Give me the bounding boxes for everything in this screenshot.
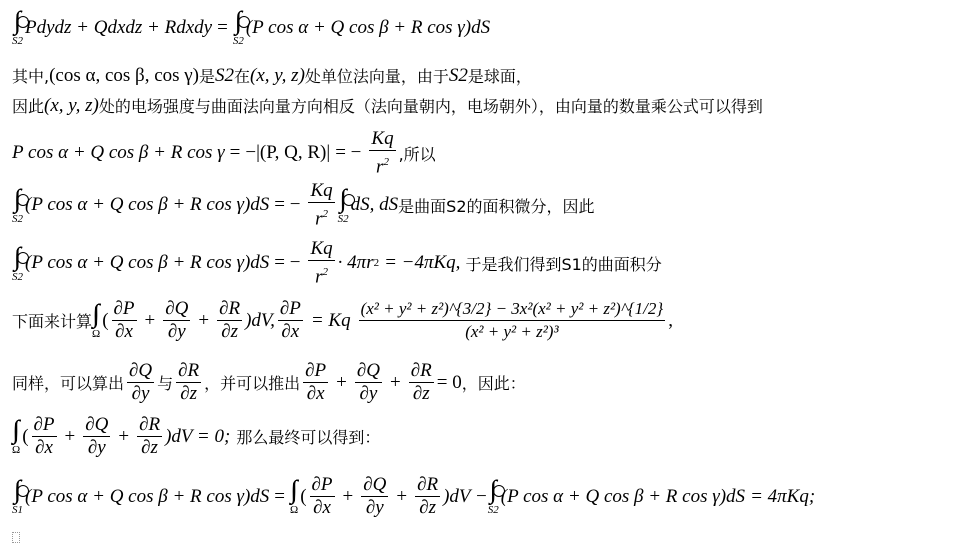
fraction: Kqr2 [308, 238, 334, 288]
equation-divergence-zero: ∫∫∫Ω ( ∂P∂x + ∂Q∂y + ∂R∂z )dV = 0; 那么最终可… [12, 414, 380, 459]
closed-surface-integral-icon: ∫∫S2 [12, 186, 23, 225]
equation-surface-integral: ∫∫S2 (P cos α + Q cos β + R cos γ)dS = −… [12, 180, 595, 230]
equation-rhs: (P cos α + Q cos β + R cos γ)dS [246, 17, 490, 39]
closed-surface-integral-icon: ∫∫S2 [12, 244, 23, 283]
big-fraction: (x² + y² + z²)^{3/2} − 3x²(x² + y² + z²)… [359, 298, 666, 343]
closed-surface-integral-icon: ∫∫S2 [233, 8, 244, 47]
volume-integral-icon: ∫∫∫Ω [290, 477, 298, 516]
volume-integral-icon: ∫∫∫Ω [92, 301, 100, 340]
equation-final: ∫∫S1 (P cos α + Q cos β + R cos γ)dS = ∫… [12, 474, 820, 519]
fraction: Kqr2 [369, 128, 395, 178]
paragraph-anchor-mark [12, 532, 20, 543]
text-field-direction: 因此 (x, y, z) 处的电场强度与曲面法向量方向相反（法向量朝内，电场朝外… [12, 94, 763, 117]
closed-surface-integral-icon: ∫∫S2 [12, 8, 23, 47]
equation-divergence-setup: 下面来计算 ∫∫∫Ω ( ∂P∂x + ∂Q∂y + ∂R∂z )dV, ∂P∂… [12, 298, 673, 343]
text-normal-vector: 其中, (cos α, cos β, cos γ) 是 S2 在 (x, y, … [12, 64, 532, 87]
equation-flux-s2: ∫∫S2 Pdydz + Qdxdz + Rdxdy = ∫∫S2 (P cos… [12, 8, 490, 47]
closed-surface-integral-icon: ∫∫S1 [12, 477, 23, 516]
text-similarly: 同样，可以算出 ∂Q∂y 与 ∂R∂z ，并可以推出 ∂P∂x + ∂Q∂y +… [12, 360, 526, 405]
equation-dot-product: P cos α + Q cos β + R cos γ = −|(P, Q, R… [12, 128, 436, 178]
closed-surface-integral-icon: ∫∫S2 [338, 186, 349, 225]
equation-lhs: Pdydz + Qdxdz + Rdxdy [25, 17, 212, 39]
fraction: Kqr2 [308, 180, 334, 230]
closed-surface-integral-icon: ∫∫S2 [488, 477, 499, 516]
volume-integral-icon: ∫∫∫Ω [12, 417, 20, 456]
equation-surface-result: ∫∫S2 (P cos α + Q cos β + R cos γ)dS = −… [12, 238, 662, 288]
